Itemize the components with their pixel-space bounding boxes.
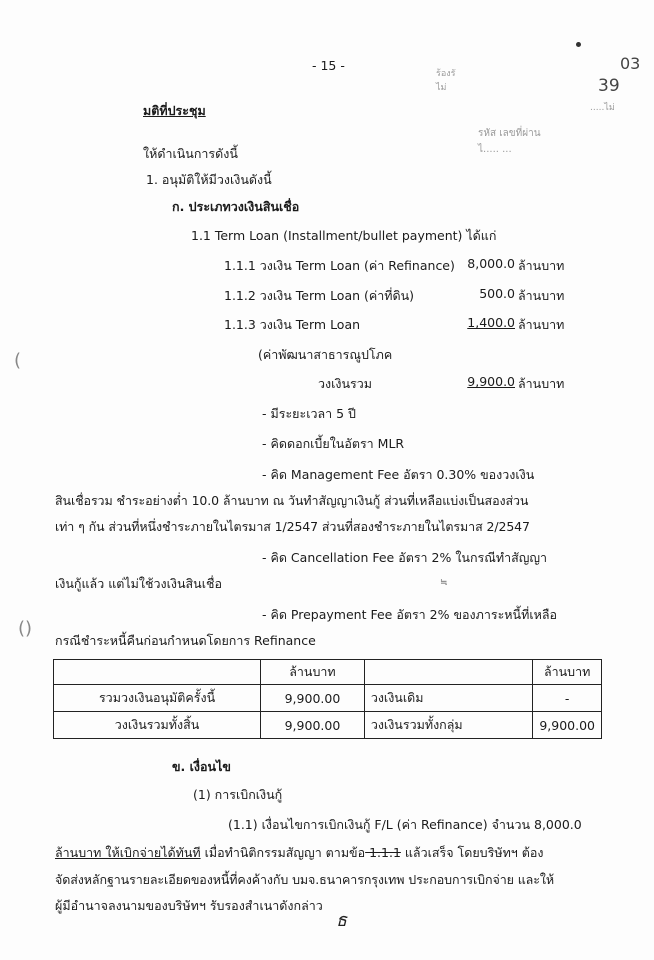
table-cell: วงเงินรวมทั้งสิ้น xyxy=(54,712,261,739)
condition-1-1-line-2: ล้านบาท ให้เบิกจ่ายได้ทันที เมื่อทำนิติก… xyxy=(55,843,544,863)
stray-mark: ≒ xyxy=(440,578,448,588)
term-bullet: - มีระยะเวลา 5 ปี xyxy=(262,404,356,424)
intro-text: ให้ดำเนินการดังนี้ xyxy=(143,144,238,164)
margin-punch-mark: () xyxy=(18,618,32,639)
condition-1-1-line-3: จัดส่งหลักฐานรายละเอียดของหนี้ที่คงค้างก… xyxy=(55,870,554,890)
table-cell: - xyxy=(533,685,602,712)
table-row: วงเงินรวมทั้งสิ้น 9,900.00 วงเงินรวมทั้ง… xyxy=(54,712,602,739)
cancel-fee-line-1: - คิด Cancellation Fee อัตรา 2% ในกรณีทำ… xyxy=(262,548,547,568)
table-header-cell xyxy=(364,660,533,685)
mgmt-fee-line-2: สินเชื่อรวม ชำระอย่างต่ำ 10.0 ล้านบาท ณ … xyxy=(55,491,528,511)
condition-immediate-draw: ล้านบาท ให้เบิกจ่ายได้ทันที xyxy=(55,845,201,860)
condition-text: แล้วเสร็จ โดยบริษัทฯ ต้อง xyxy=(401,845,544,860)
condition-1-1-line-1: (1.1) เงื่อนไขการเบิกเงินกู้ F/L (ค่า Re… xyxy=(228,815,582,835)
table-header-cell: ล้านบาท xyxy=(261,660,365,685)
table-row: รวมวงเงินอนุมัติครั้งนี้ 9,900.00 วงเงิน… xyxy=(54,685,602,712)
loan-1-1-1-label: 1.1.1 วงเงิน Term Loan (ค่า Refinance) xyxy=(224,256,455,276)
faint-stamp-mark: รหัส เลขที่ผ่าน xyxy=(478,126,541,141)
table-cell: รวมวงเงินอนุมัติครั้งนี้ xyxy=(54,685,261,712)
table-cell: วงเงินรวมทั้งกลุ่ม xyxy=(364,712,533,739)
prepay-fee-line-1: - คิด Prepayment Fee อัตรา 2% ของภาระหนี… xyxy=(262,605,557,625)
handwritten-initial: ธ xyxy=(336,905,347,934)
faint-stamp-mark: ร้องรัไม่ xyxy=(436,66,455,94)
resolution-heading: มติที่ประชุม xyxy=(143,101,206,121)
loan-1-1-3-note: (ค่าพัฒนาสาธารณูปโภค xyxy=(258,345,392,365)
loan-1-1-2-label: 1.1.2 วงเงิน Term Loan (ค่าที่ดิน) xyxy=(224,286,414,306)
loan-1-1-2-unit: ล้านบาท xyxy=(518,286,564,306)
table-header-cell: ล้านบาท xyxy=(533,660,602,685)
total-label: วงเงินรวม xyxy=(318,374,372,394)
condition-text: เมื่อทำนิติกรรมสัญญา ตามข้อ xyxy=(201,845,366,860)
condition-1-1-line-4: ผู้มีอำนาจลงนามของบริษัทฯ รับรองสำเนาดัง… xyxy=(55,896,323,916)
credit-summary-table: ล้านบาท ล้านบาท รวมวงเงินอนุมัติครั้งนี้… xyxy=(53,659,602,739)
total-amount: 9,900.0 xyxy=(440,374,515,389)
page-number: - 15 - xyxy=(312,58,345,73)
table-cell: วงเงินเดิม xyxy=(364,685,533,712)
total-unit: ล้านบาท xyxy=(518,374,564,394)
loan-1-1-1-unit: ล้านบาท xyxy=(518,256,564,276)
mgmt-fee-line-3: เท่า ๆ กัน ส่วนที่หนึ่งชำระภายในไตรมาส 1… xyxy=(55,517,530,537)
loan-1-1-3-amount: 1,400.0 xyxy=(440,315,515,330)
table-header-cell xyxy=(54,660,261,685)
prepay-fee-line-2: กรณีชำระหนี้คืนก่อนกำหนดโดยการ Refinance xyxy=(55,631,316,651)
item-1: 1. อนุมัติให้มีวงเงินดังนี้ xyxy=(146,170,272,190)
faint-stamp-mark: ไ..... ... xyxy=(478,142,512,157)
table-cell: 9,900.00 xyxy=(533,712,602,739)
stamp-dot xyxy=(576,42,581,47)
table-cell: 9,900.00 xyxy=(261,685,365,712)
stamp-code: 03 xyxy=(620,54,640,73)
item-1-1: 1.1 Term Loan (Installment/bullet paymen… xyxy=(191,226,496,246)
stamp-number: 39 xyxy=(598,76,620,96)
condition-ref-1-1-1: 1.1.1 xyxy=(365,845,401,860)
faint-stamp-mark: .....ไม่ xyxy=(590,100,615,114)
condition-1: (1) การเบิกเงินกู้ xyxy=(193,785,282,805)
loan-1-1-1-amount: 8,000.0 xyxy=(440,256,515,271)
table-cell: 9,900.00 xyxy=(261,712,365,739)
table-header-row: ล้านบาท ล้านบาท xyxy=(54,660,602,685)
section-a-heading: ก. ประเภทวงเงินสินเชื่อ xyxy=(172,197,299,217)
interest-bullet: - คิดดอกเบี้ยในอัตรา MLR xyxy=(262,434,404,454)
section-b-heading: ข. เงื่อนไข xyxy=(172,757,231,777)
loan-1-1-3-label: 1.1.3 วงเงิน Term Loan xyxy=(224,315,360,335)
loan-1-1-3-unit: ล้านบาท xyxy=(518,315,564,335)
loan-1-1-2-amount: 500.0 xyxy=(440,286,515,301)
mgmt-fee-line-1: - คิด Management Fee อัตรา 0.30% ของวงเง… xyxy=(262,465,534,485)
cancel-fee-line-2: เงินกู้แล้ว แต่ไม่ใช้วงเงินสินเชื่อ xyxy=(55,574,222,594)
margin-punch-mark: ( xyxy=(14,350,21,371)
